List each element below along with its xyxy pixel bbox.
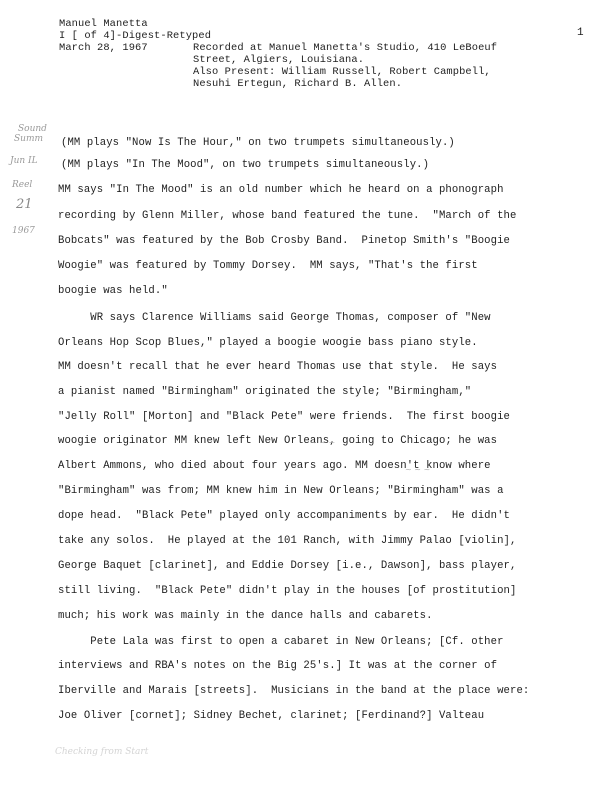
handwritten-annotation: ~ ~ ~: [310, 438, 335, 447]
transcript-line: recording by Glenn Miller, whose band fe…: [58, 210, 516, 222]
transcript-line: Bobcats" was featured by the Bob Crosby …: [58, 235, 510, 247]
handwritten-annotation: ~ ~ ~: [405, 465, 430, 474]
reel-label: I [ of 4]-Digest-Retyped: [59, 30, 211, 42]
recording-location-2: Street, Algiers, Louisiana.: [193, 54, 364, 66]
margin-note: 21: [16, 200, 33, 210]
also-present-1: Also Present: William Russell, Robert Ca…: [193, 66, 491, 78]
transcript-line: Pete Lala was first to open a cabaret in…: [58, 636, 504, 648]
interviewee-name: Manuel Manetta: [59, 18, 148, 30]
transcript-line: interviews and RBA's notes on the Big 25…: [58, 660, 497, 672]
transcript-line: much; his work was mainly in the dance h…: [58, 610, 433, 622]
transcript-line: Woogie" was featured by Tommy Dorsey. MM…: [58, 260, 478, 272]
faint-footer-text: Checking from Start: [55, 747, 148, 757]
transcript-line: Joe Oliver [cornet]; Sidney Bechet, clar…: [58, 710, 484, 722]
transcript-line: Orleans Hop Scop Blues," played a boogie…: [58, 337, 478, 349]
also-present-2: Nesuhi Ertegun, Richard B. Allen.: [193, 78, 402, 90]
transcript-line: (MM plays "In The Mood", on two trumpets…: [61, 159, 429, 171]
transcript-line: dope head. "Black Pete" played only acco…: [58, 510, 510, 522]
margin-note: Sound: [18, 124, 47, 134]
transcript-line: take any solos. He played at the 101 Ran…: [58, 535, 516, 547]
transcript-line: (MM plays "Now Is The Hour," on two trum…: [61, 137, 455, 149]
transcript-line: a pianist named "Birmingham" originated …: [58, 386, 471, 398]
transcript-line: MM says "In The Mood" is an old number w…: [58, 184, 504, 196]
margin-note: Summ: [14, 134, 43, 144]
transcript-line: boogie was held.": [58, 285, 168, 297]
transcript-line: "Jelly Roll" [Morton] and "Black Pete" w…: [58, 411, 510, 423]
transcript-line: George Baquet [clarinet], and Eddie Dors…: [58, 560, 516, 572]
transcript-line: MM doesn't recall that he ever heard Tho…: [58, 361, 497, 373]
transcript-line: Iberville and Marais [streets]. Musician…: [58, 685, 529, 697]
transcript-line: "Birmingham" was from; MM knew him in Ne…: [58, 485, 504, 497]
margin-note: 1967: [12, 226, 35, 236]
recording-date: March 28, 1967: [59, 42, 148, 54]
transcript-line: woogie originator MM knew left New Orlea…: [58, 435, 497, 447]
transcript-line: still living. "Black Pete" didn't play i…: [58, 585, 516, 597]
recording-location-1: Recorded at Manuel Manetta's Studio, 410…: [193, 42, 497, 54]
margin-note: Jun IL: [10, 156, 38, 166]
transcript-line: WR says Clarence Williams said George Th…: [58, 312, 491, 324]
page-number: 1: [577, 27, 584, 39]
margin-note: Reel: [12, 180, 32, 190]
